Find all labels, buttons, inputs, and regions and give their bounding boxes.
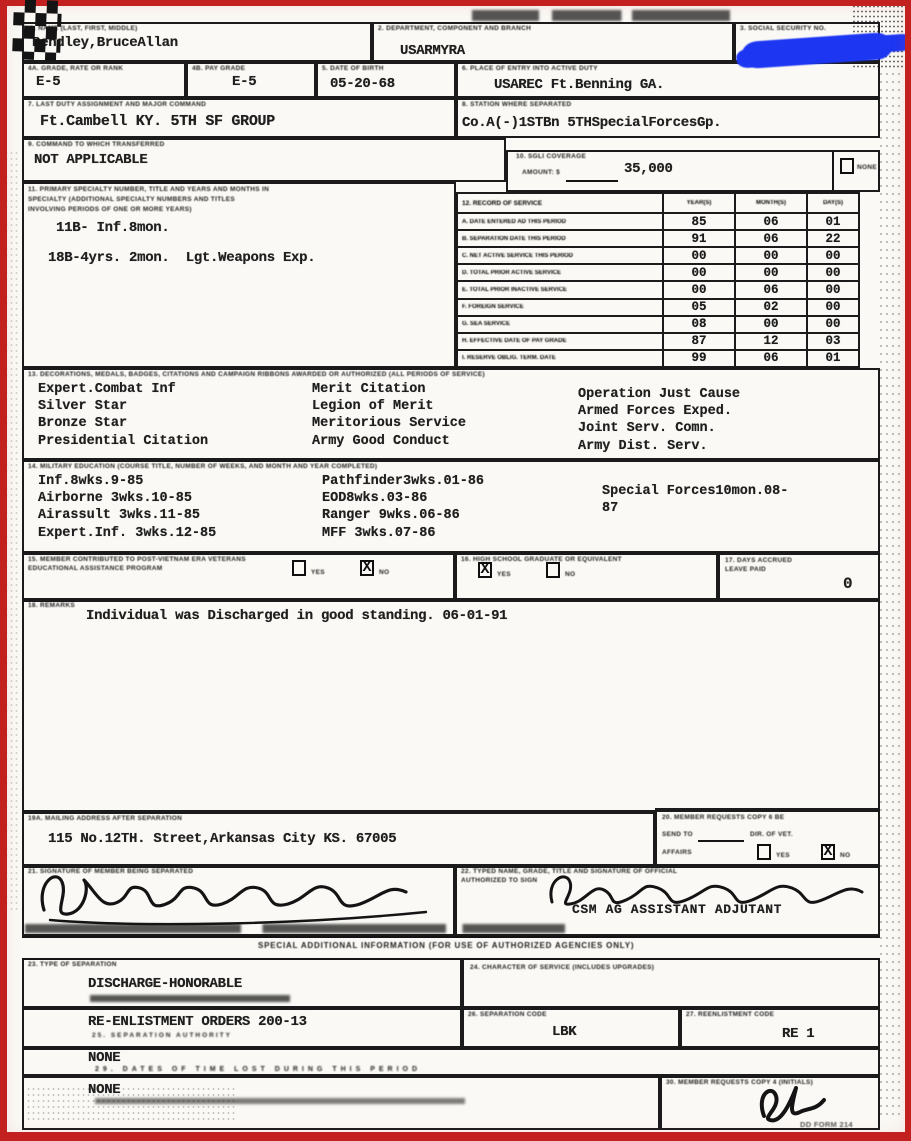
specialty-line-1: 11B- Inf.8mon. [56,220,169,236]
education-item: Expert.Inf. 3wks.12-85 [38,525,216,542]
sgli-amount-label: AMOUNT: $ [522,169,560,176]
place-of-entry-value: USAREC Ft.Benning GA. [494,77,664,93]
place-of-entry-label: 6. PLACE OF ENTRY INTO ACTIVE DUTY [462,65,598,72]
service-table-label: 12. RECORD OF SERVICE [462,200,542,207]
service-row-label: e. Total Prior Inactive Service [462,287,567,293]
separation-authority-value: RE-ENLISTMENT ORDERS 200-13 [88,1014,307,1030]
decoration-item: Presidential Citation [38,433,208,450]
service-row-label: g. Sea Service [462,321,510,327]
vet-education-label-2: EDUCATIONAL ASSISTANCE PROGRAM [28,565,162,572]
vet-education-no-checkbox: X [360,560,374,576]
ssn-label: 3. SOCIAL SECURITY NO. [740,25,826,32]
department-label: 2. DEPARTMENT, COMPONENT AND BRANCH [378,25,531,32]
checkerboard-artifact [12,0,62,61]
copy-to-va-label-1: 20. MEMBER REQUESTS COPY 6 BE [662,814,784,821]
education-item: MFF 3wks.07-86 [322,525,484,542]
command-transferred-label: 9. COMMAND TO WHICH TRANSFERRED [28,141,165,148]
form-title-smudge [472,10,730,21]
service-row-days: 00 [825,266,840,280]
date-of-birth-value: 05-20-68 [330,76,395,92]
decorations-column-1: Expert.Combat Inf Silver Star Bronze Sta… [38,381,208,450]
decoration-item: Army Good Conduct [312,433,466,450]
decoration-item: Legion of Merit [312,398,466,415]
decoration-item: Army Dist. Serv. [578,438,740,455]
copy-to-va-line [698,840,744,842]
education-item: Airassult 3wks.11-85 [38,507,216,524]
service-row-label: a. Date Entered AD This Period [462,219,566,225]
service-row-months: 06 [763,283,778,297]
education-item: Airborne 3wks.10-85 [38,490,216,507]
high-school-no-checkbox [546,562,560,578]
remarks-box [22,600,880,812]
date-of-birth-label: 5. DATE OF BIRTH [322,65,384,72]
station-separated-value: Co.A(-)1STBn 5THSpecialForcesGp. [462,115,721,131]
official-signature-label-2: AUTHORIZED TO SIGN [461,877,537,884]
service-row-years: 85 [691,215,706,229]
service-row-years: 00 [691,283,706,297]
sgli-divider [832,152,834,190]
decoration-item: Merit Citation [312,381,466,398]
education-column-3: Special Forces10mon.08- 87 [602,483,788,517]
table-row: i. Reserve Oblig. Term. Date 99 06 01 [458,349,858,366]
high-school-yes-label: YES [497,571,511,578]
service-row-days: 00 [825,317,840,331]
decorations-column-2: Merit Citation Legion of Merit Meritorio… [312,381,466,450]
copy-to-va-no-checkbox: X [821,844,835,860]
vet-education-no-label: NO [379,569,389,576]
character-of-service-label: 24. CHARACTER OF SERVICE (Includes upgra… [470,964,654,971]
leave-paid-value: 0 [843,575,852,593]
service-row-label: b. Separation Date This Period [462,236,566,242]
command-transferred-value: NOT APPLICABLE [34,152,147,168]
service-row-years: 00 [691,266,706,280]
time-lost-value: NONE [88,1082,120,1098]
copy-to-va-label-3: DIR. OF VET. [750,831,793,838]
table-row: a. Date Entered AD This Period 85 06 01 [458,212,858,229]
table-row: h. Effective Date of Pay Grade 87 12 03 [458,332,858,349]
station-separated-label: 8. STATION WHERE SEPARATED [462,101,572,108]
service-row-months: 00 [763,266,778,280]
service-row-days: 00 [825,300,840,314]
last-duty-label: 7. LAST DUTY ASSIGNMENT AND MAJOR COMMAN… [28,101,206,108]
education-column-1: Inf.8wks.9-85 Airborne 3wks.10-85 Airass… [38,473,216,542]
sgli-label: 10. SGLI COVERAGE [516,153,586,160]
service-row-label: i. Reserve Oblig. Term. Date [462,355,556,361]
specialty-label-3: involving periods of one or more years) [28,206,192,213]
copy-to-va-no-label: NO [840,852,850,859]
last-duty-value: Ft.Cambell KY. 5TH SF GROUP [40,113,275,130]
service-row-years: 99 [691,351,706,365]
education-item: Ranger 9wks.06-86 [322,507,484,524]
service-row-months: 06 [763,215,778,229]
member-signature [26,858,456,936]
specialty-label-2: SPECIALTY (Additional specialty numbers … [28,196,235,203]
copy-to-va-label-4: AFFAIRS [662,849,692,856]
service-col-days: DAY(S) [823,200,843,206]
service-row-label: f. Foreign Service [462,304,524,310]
service-col-years: YEAR(S) [687,200,712,206]
pay-grade-value: E-5 [232,74,256,90]
narrative-reason-value: NONE [88,1050,120,1066]
service-row-days: 03 [825,334,840,348]
band-bottom-line [22,958,880,960]
decoration-item: Operation Just Cause [578,386,740,403]
decoration-item: Expert.Combat Inf [38,381,208,398]
education-item: 87 [602,500,788,517]
service-row-months: 06 [763,351,778,365]
service-row-years: 08 [691,317,706,331]
sgli-none-label: NONE [857,164,877,171]
decoration-item: Silver Star [38,398,208,415]
leave-paid-label-2: LEAVE PAID [725,566,766,573]
education-item: Pathfinder3wks.01-86 [322,473,484,490]
scanned-dd214-document: 1. NAME (Last, First, Middle) Pendley,Br… [0,0,911,1141]
high-school-yes-checkbox: X [478,562,492,578]
record-of-service-table: 12. RECORD OF SERVICE YEAR(S) MONTH(S) D… [456,192,860,368]
table-row: f. Foreign Service 05 02 00 [458,298,858,315]
table-row: c. Net Active Service This Period 00 00 … [458,246,858,263]
sgli-amount-line [566,180,618,182]
copy-to-va-yes-label: YES [776,852,790,859]
mailing-address-label: 19a. MAILING ADDRESS AFTER SEPARATION [28,815,182,822]
service-row-days: 01 [825,215,840,229]
service-row-years: 91 [691,232,706,246]
service-row-months: 02 [763,300,778,314]
separation-code-value: LBK [552,1024,576,1040]
service-row-months: 12 [763,334,778,348]
service-row-days: 22 [825,232,840,246]
service-row-years: 05 [691,300,706,314]
education-item: Inf.8wks.9-85 [38,473,216,490]
table-row: d. Total Prior Active Service 00 00 00 [458,263,858,280]
service-row-label: d. Total Prior Active Service [462,270,561,276]
scan-noise-left [4,150,20,910]
sgli-amount-value: 35,000 [624,161,673,177]
pay-grade-label: 4b. PAY GRADE [192,65,245,72]
decorations-column-3: Operation Just Cause Armed Forces Exped.… [578,386,740,455]
decoration-item: Joint Serv. Comn. [578,420,740,437]
sgli-none-checkbox [840,158,854,174]
official-signature [540,862,885,917]
decoration-item: Armed Forces Exped. [578,403,740,420]
member-initials-signature [748,1080,838,1126]
vet-education-yes-label: YES [311,569,325,576]
education-item: EOD8wks.03-86 [322,490,484,507]
decoration-item: Meritorious Service [312,415,466,432]
service-row-months: 00 [763,317,778,331]
decorations-label: 13. DECORATIONS, MEDALS, BADGES, CITATIO… [28,371,485,378]
reentry-code-value: RE 1 [782,1026,814,1042]
type-of-separation-value: DISCHARGE-HONORABLE [88,976,242,992]
band-top-line [22,936,880,938]
education-column-2: Pathfinder3wks.01-86 EOD8wks.03-86 Range… [322,473,484,542]
specialty-label-1: 11. PRIMARY SPECIALTY NUMBER, TITLE AND … [28,186,269,193]
decoration-item: Bronze Star [38,415,208,432]
high-school-no-label: NO [565,571,575,578]
scan-noise-right [878,70,904,1120]
department-value: USARMYRA [400,43,465,59]
separation-code-label: 26. SEPARATION CODE [468,1011,547,1018]
remarks-label: 18. REMARKS [28,602,75,609]
separation-authority-label: 25. SEPARATION AUTHORITY [92,1032,232,1039]
service-table-header: 12. RECORD OF SERVICE YEAR(S) MONTH(S) D… [458,194,858,212]
service-row-years: 87 [691,334,706,348]
type-of-separation-smudge [90,995,290,1002]
service-row-label: c. Net Active Service This Period [462,253,573,259]
table-row: g. Sea Service 08 00 00 [458,315,858,332]
grade-label: 4a. GRADE, RATE OR RANK [28,65,123,72]
grade-value: E-5 [36,74,60,90]
leave-paid-label-1: 17. DAYS ACCRUED [725,557,792,564]
education-item: Special Forces10mon.08- [602,483,788,500]
mailing-address-value: 115 No.12TH. Street,Arkansas City KS. 67… [48,831,396,847]
table-row: e. Total Prior Inactive Service 00 06 00 [458,280,858,297]
education-label: 14. MILITARY EDUCATION (Course Title, nu… [28,463,377,470]
special-band-label: SPECIAL ADDITIONAL INFORMATION (For use … [258,941,634,950]
copy-to-va-label-2: SEND TO [662,831,693,838]
service-row-years: 00 [691,249,706,263]
service-row-months: 06 [763,232,778,246]
service-row-days: 00 [825,249,840,263]
type-of-separation-label: 23. TYPE OF SEPARATION [28,961,117,968]
time-lost-smudge [95,1098,465,1104]
service-row-months: 00 [763,249,778,263]
vet-education-label-1: 15. MEMBER CONTRIBUTED TO POST-VIETNAM E… [28,556,246,563]
service-row-days: 01 [825,351,840,365]
service-col-months: MONTH(S) [756,200,786,206]
reentry-code-label: 27. REENLISTMENT CODE [686,1011,774,1018]
service-row-days: 00 [825,283,840,297]
time-lost-label: 29. DATES OF TIME LOST DURING THIS PERIO… [95,1066,421,1073]
specialty-line-2: 18B-4yrs. 2mon. Lgt.Weapons Exp. [48,250,315,266]
table-row: b. Separation Date This Period 91 06 22 [458,229,858,246]
copy-to-va-yes-checkbox [757,844,771,860]
remarks-value: Individual was Discharged in good standi… [86,608,507,624]
vet-education-yes-checkbox [292,560,306,576]
scan-noise-bottom-left [26,1086,236,1122]
service-row-label: h. Effective Date of Pay Grade [462,338,566,344]
